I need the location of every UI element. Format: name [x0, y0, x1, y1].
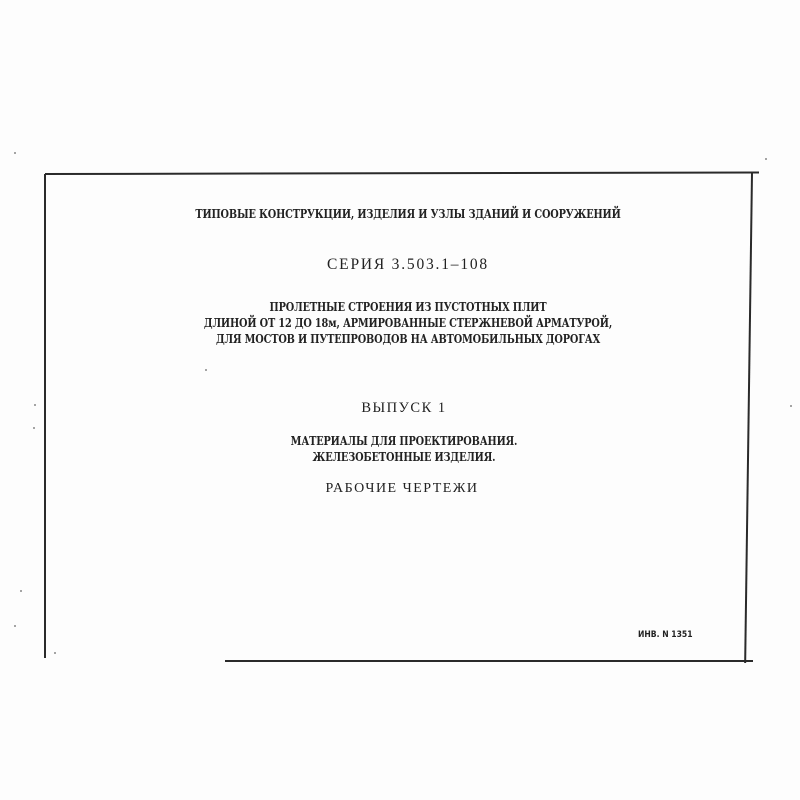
materials-line-1: МАТЕРИАЛЫ ДЛЯ ПРОЕКТИРОВАНИЯ. [92, 433, 716, 448]
frame-top-border [45, 172, 759, 175]
description-line-1: ПРОЛЕТНЫЕ СТРОЕНИЯ ИЗ ПУСТОТНЫХ ПЛИТ [96, 299, 720, 314]
drawing-type-label: РАБОЧИЕ ЧЕРТЕЖИ [2, 481, 800, 497]
frame-bottom-border [225, 660, 753, 662]
scan-speck [33, 427, 35, 429]
scan-speck [205, 369, 207, 371]
inventory-number: ИНВ. N 1351 [638, 630, 693, 640]
description-line-3: ДЛЯ МОСТОВ И ПУТЕПРОВОДОВ НА АВТОМОБИЛЬН… [96, 331, 720, 346]
document-page: ТИПОВЫЕ КОНСТРУКЦИИ, ИЗДЕЛИЯ И УЗЛЫ ЗДАН… [0, 0, 800, 800]
issue-label: ВЫПУСК 1 [4, 400, 800, 417]
document-heading: ТИПОВЫЕ КОНСТРУКЦИИ, ИЗДЕЛИЯ И УЗЛЫ ЗДАН… [96, 206, 720, 221]
scan-speck [14, 152, 16, 154]
scan-speck [54, 652, 56, 654]
scan-speck [20, 590, 22, 592]
materials-line-2: ЖЕЛЕЗОБЕТОННЫЕ ИЗДЕЛИЯ. [92, 449, 716, 464]
scan-speck [765, 158, 767, 160]
scan-speck [790, 405, 792, 407]
scan-speck [14, 625, 16, 627]
series-number: СЕРИЯ 3.503.1–108 [8, 256, 800, 274]
scan-speck [34, 404, 36, 406]
description-line-2: ДЛИНОЙ ОТ 12 ДО 18м, АРМИРОВАННЫЕ СТЕРЖН… [96, 315, 720, 330]
frame-right-border [744, 173, 753, 663]
